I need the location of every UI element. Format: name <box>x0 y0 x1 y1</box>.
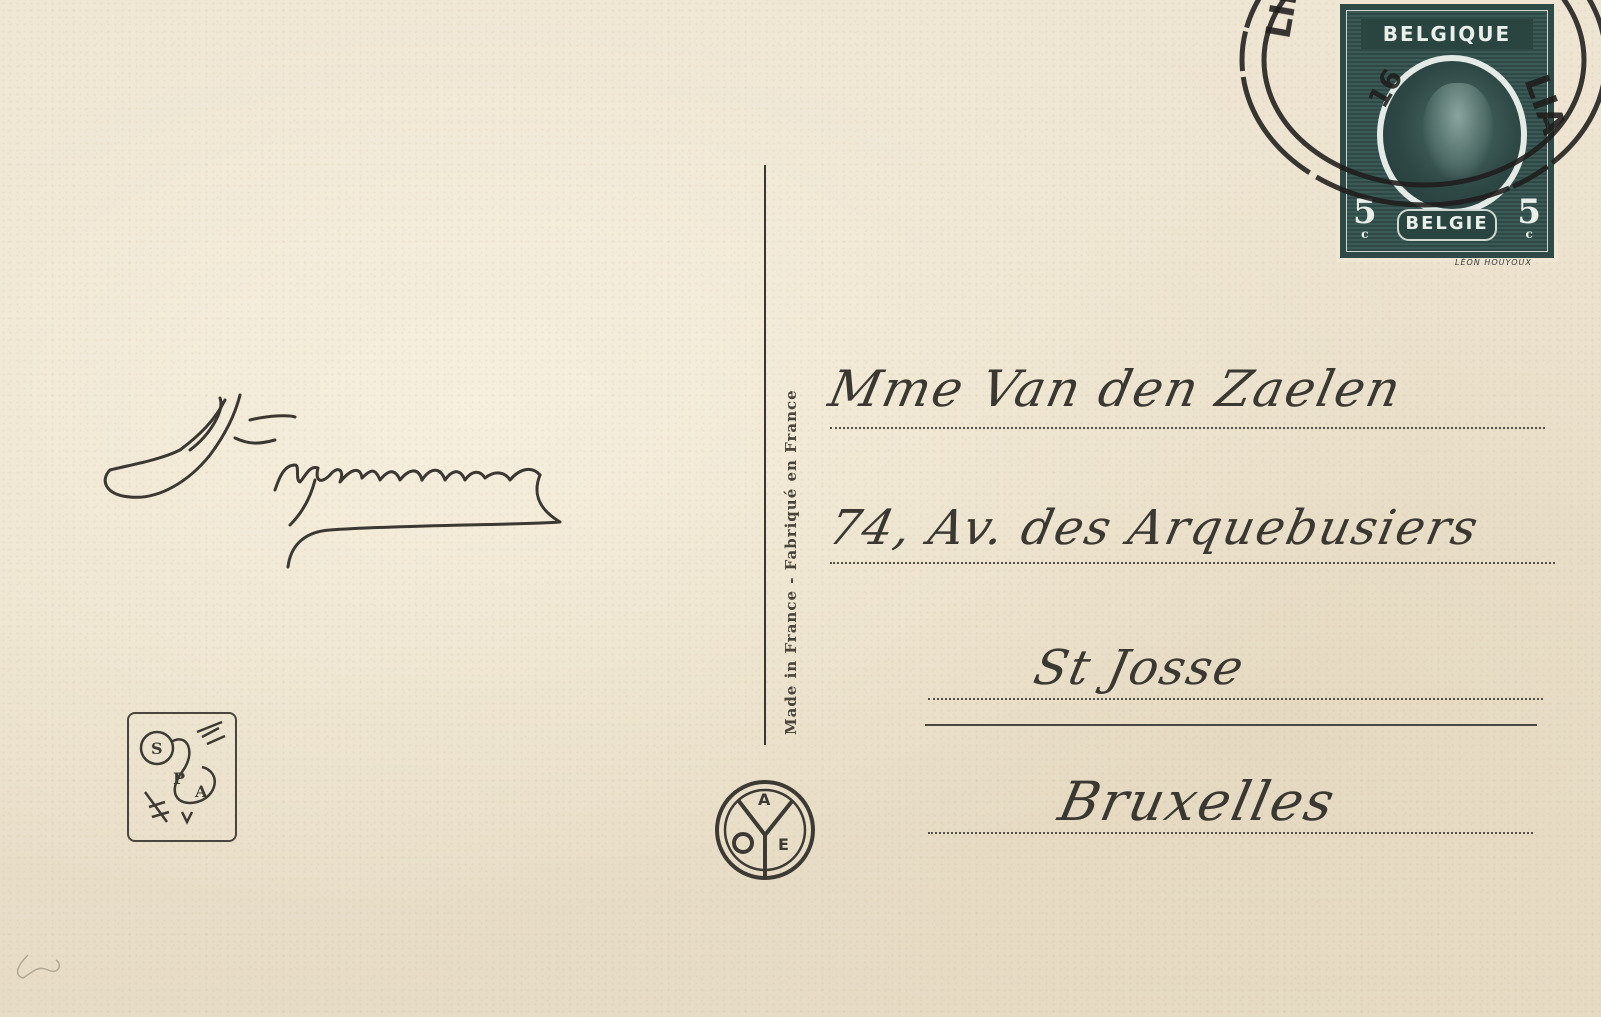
stamp-portrait-frame <box>1377 55 1527 215</box>
stamp-value-right: 5c <box>1517 195 1541 239</box>
address-street: 74, Av. des Arquebusiers <box>824 500 1484 556</box>
king-portrait-icon <box>1423 83 1493 178</box>
svg-text:E: E <box>778 835 789 854</box>
divider-line <box>764 165 766 745</box>
stamp-engraver-credit: LÉON HOUYOUX <box>1455 258 1532 267</box>
address-line-2 <box>830 562 1555 564</box>
address-city: Bruxelles <box>1053 770 1341 833</box>
address-district: St Josse <box>1029 640 1250 696</box>
stamp-country-bottom: BELGIE <box>1397 209 1497 241</box>
address-recipient: Mme Van den Zaelen <box>824 360 1407 418</box>
svg-text:S: S <box>151 739 163 758</box>
spa-monogram-icon: S P A <box>127 712 233 838</box>
postage-stamp: BELGIQUE 5c 5c BELGIE <box>1340 4 1554 258</box>
address-line-1 <box>830 427 1545 429</box>
address-line-3 <box>928 698 1543 700</box>
stamp-value-left: 5c <box>1353 195 1377 239</box>
stamp-country-top: BELGIQUE <box>1361 19 1533 49</box>
pencil-mark <box>8 950 68 990</box>
svg-text:A: A <box>194 782 208 801</box>
yvon-circle-logo-icon: A E <box>708 775 823 885</box>
svg-text:P: P <box>173 769 185 788</box>
made-in-france-label: Made in France - Fabriqué en France <box>782 389 800 735</box>
address-line-3-underline <box>925 724 1537 726</box>
svg-text:A: A <box>758 790 771 809</box>
sender-signature <box>100 370 570 580</box>
